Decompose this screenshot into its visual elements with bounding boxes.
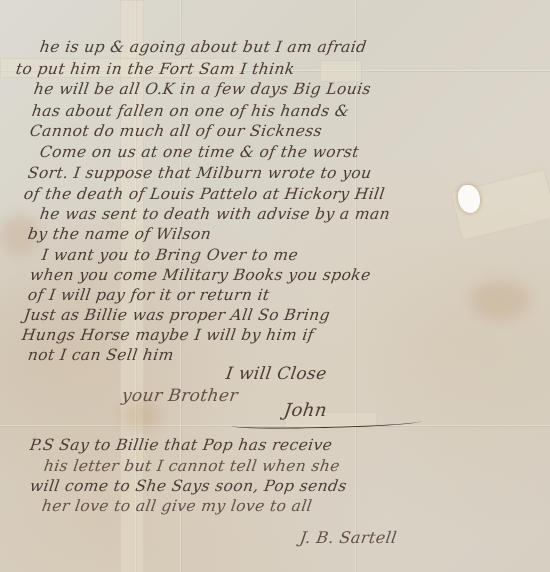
postscript-line: her love to all give my love to all: [41, 497, 314, 515]
closing-line: I will Close: [225, 364, 328, 384]
tape-strip: [320, 60, 362, 82]
postscript-line: P.S Say to Billie that Pop has receive: [29, 436, 334, 454]
letter-line: Cannot do much all of our Sickness: [29, 122, 324, 140]
letter-line: he was sent to death with advise by a ma…: [39, 205, 392, 223]
valediction: your Brother: [121, 386, 240, 406]
letter-line: he will be all O.K in a few days Big Lou…: [33, 80, 372, 98]
signature-flourish: [232, 417, 422, 429]
letter-line: to put him in the Fort Sam I think: [15, 60, 296, 78]
letter-line: Hungs Horse maybe I will by him if: [21, 326, 315, 344]
signature: John: [283, 400, 329, 421]
letter-line: by the name of Wilson: [27, 225, 213, 243]
letter-line: when you come Military Books you spoke: [29, 266, 372, 284]
letter-line: not I can Sell him: [27, 346, 175, 364]
letter-line: Just as Billie was proper All So Bring: [23, 306, 332, 324]
postscript-line: his letter but I cannot tell when she: [43, 457, 341, 475]
stain: [470, 280, 530, 320]
letter-page: he is up & agoing about but I am afraid …: [0, 0, 550, 572]
letter-line: I want you to Bring Over to me: [41, 246, 300, 264]
letter-line: of the death of Louis Pattelo at Hickory…: [23, 185, 386, 203]
paper-tear: [458, 185, 480, 213]
letter-line: has about fallen on one of his hands &: [31, 102, 351, 120]
letter-line: Sort. I suppose that Milburn wrote to yo…: [27, 164, 373, 182]
letter-line: he is up & agoing about but I am afraid: [39, 38, 368, 56]
letter-line: of I will pay for it or return it: [27, 286, 271, 304]
ps-signature: J. B. Sartell: [299, 528, 398, 547]
postscript-line: will come to She Says soon, Pop sends: [29, 477, 348, 495]
letter-line: Come on us at one time & of the worst: [39, 143, 360, 161]
